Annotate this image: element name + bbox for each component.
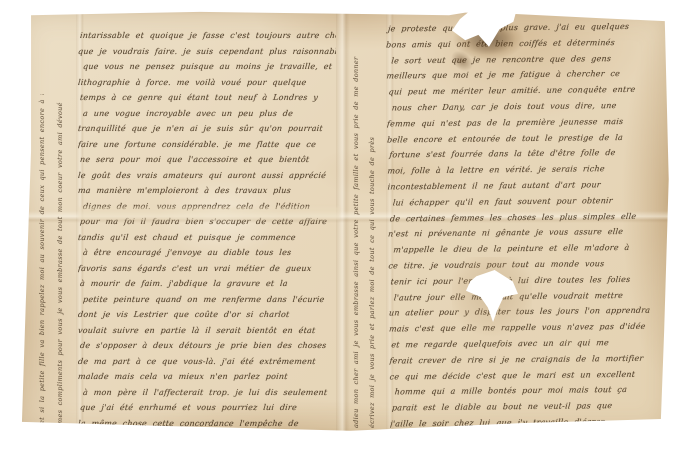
letter-sheet: et si la petite fille va bien rappelez m…	[20, 11, 670, 432]
left-page-cross-writing-outer: et si la petite fille va bien rappelez m…	[38, 94, 46, 424]
handwriting-line: tranquillité que je n'en ai je suis sûr …	[78, 121, 336, 137]
right-page-cross-writing-outer: adieu mon cher ami je vous embrasse ains…	[352, 56, 360, 428]
handwriting-line: à être encouragé j'envoye au diable tous…	[78, 245, 336, 261]
handwriting-line: la même chose cette concordance l'empêch…	[78, 416, 336, 429]
handwriting-line: petite peinture quand on me renferme dan…	[78, 292, 336, 308]
handwriting-line: voulait suivre en partie là il serait bi…	[78, 323, 336, 339]
handwriting-line: que je voudrais faire. je suis cependant…	[78, 44, 336, 60]
left-page-text: intarissable et quoique je fasse c'est t…	[78, 28, 336, 428]
handwriting-line: j'aille le soir chez lui que j'y travail…	[389, 413, 668, 429]
handwriting-line: ma manière m'emploieront à des travaux p…	[78, 183, 336, 199]
handwriting-line: à mourir de faim. j'abdique la gravure e…	[78, 276, 336, 292]
right-page-text: je proteste que ce soit plus grave. j'ai…	[386, 19, 668, 430]
handwriting-line: favoris sans égards c'est un vrai métier…	[78, 261, 336, 277]
center-fold-crease	[336, 11, 350, 432]
handwriting-line: malade mais cela va mieux n'en parlez po…	[78, 369, 336, 385]
handwriting-line: de ma part à ce que vous-là. j'ai été ex…	[78, 354, 336, 370]
handwriting-line: temps à ce genre qui étant tout neuf à L…	[78, 90, 336, 106]
handwriting-line: de s'opposer à deux détours je prie bien…	[78, 338, 336, 354]
handwriting-line: ne sera pour moi que l'accessoire et que…	[78, 152, 336, 168]
handwriting-line: que j'ai été enrhumé et vous pourriez lu…	[78, 400, 336, 416]
handwriting-line: faire une fortune considérable. je me fl…	[78, 137, 336, 153]
fold-smudge	[78, 207, 340, 220]
handwriting-line: que vous ne pensez puisque au moins je t…	[78, 59, 336, 75]
handwriting-line: tandis qu'il est chaud et puisque je com…	[78, 230, 336, 246]
handwriting-line: a une vogue incroyable avec un peu plus …	[78, 106, 336, 122]
left-page-cross-writing-inner: mes compliments pour vous je vous embras…	[56, 94, 64, 424]
handwriting-line: le goût des vrais amateurs qui auront au…	[78, 168, 336, 184]
handwriting-line: dont je vis Lestrier que coûte d'or si c…	[78, 307, 336, 323]
handwriting-line: à mon père il l'affecterait trop. je lui…	[78, 385, 336, 401]
right-page-cross-writing-inner: écrivez moi je vous prie et parlez moi d…	[368, 56, 376, 428]
handwriting-line: lithographie à force. me voilà voué pour…	[78, 75, 336, 91]
letter-photograph: et si la petite fille va bien rappelez m…	[0, 0, 700, 451]
handwriting-line: intarissable et quoique je fasse c'est t…	[78, 28, 336, 44]
